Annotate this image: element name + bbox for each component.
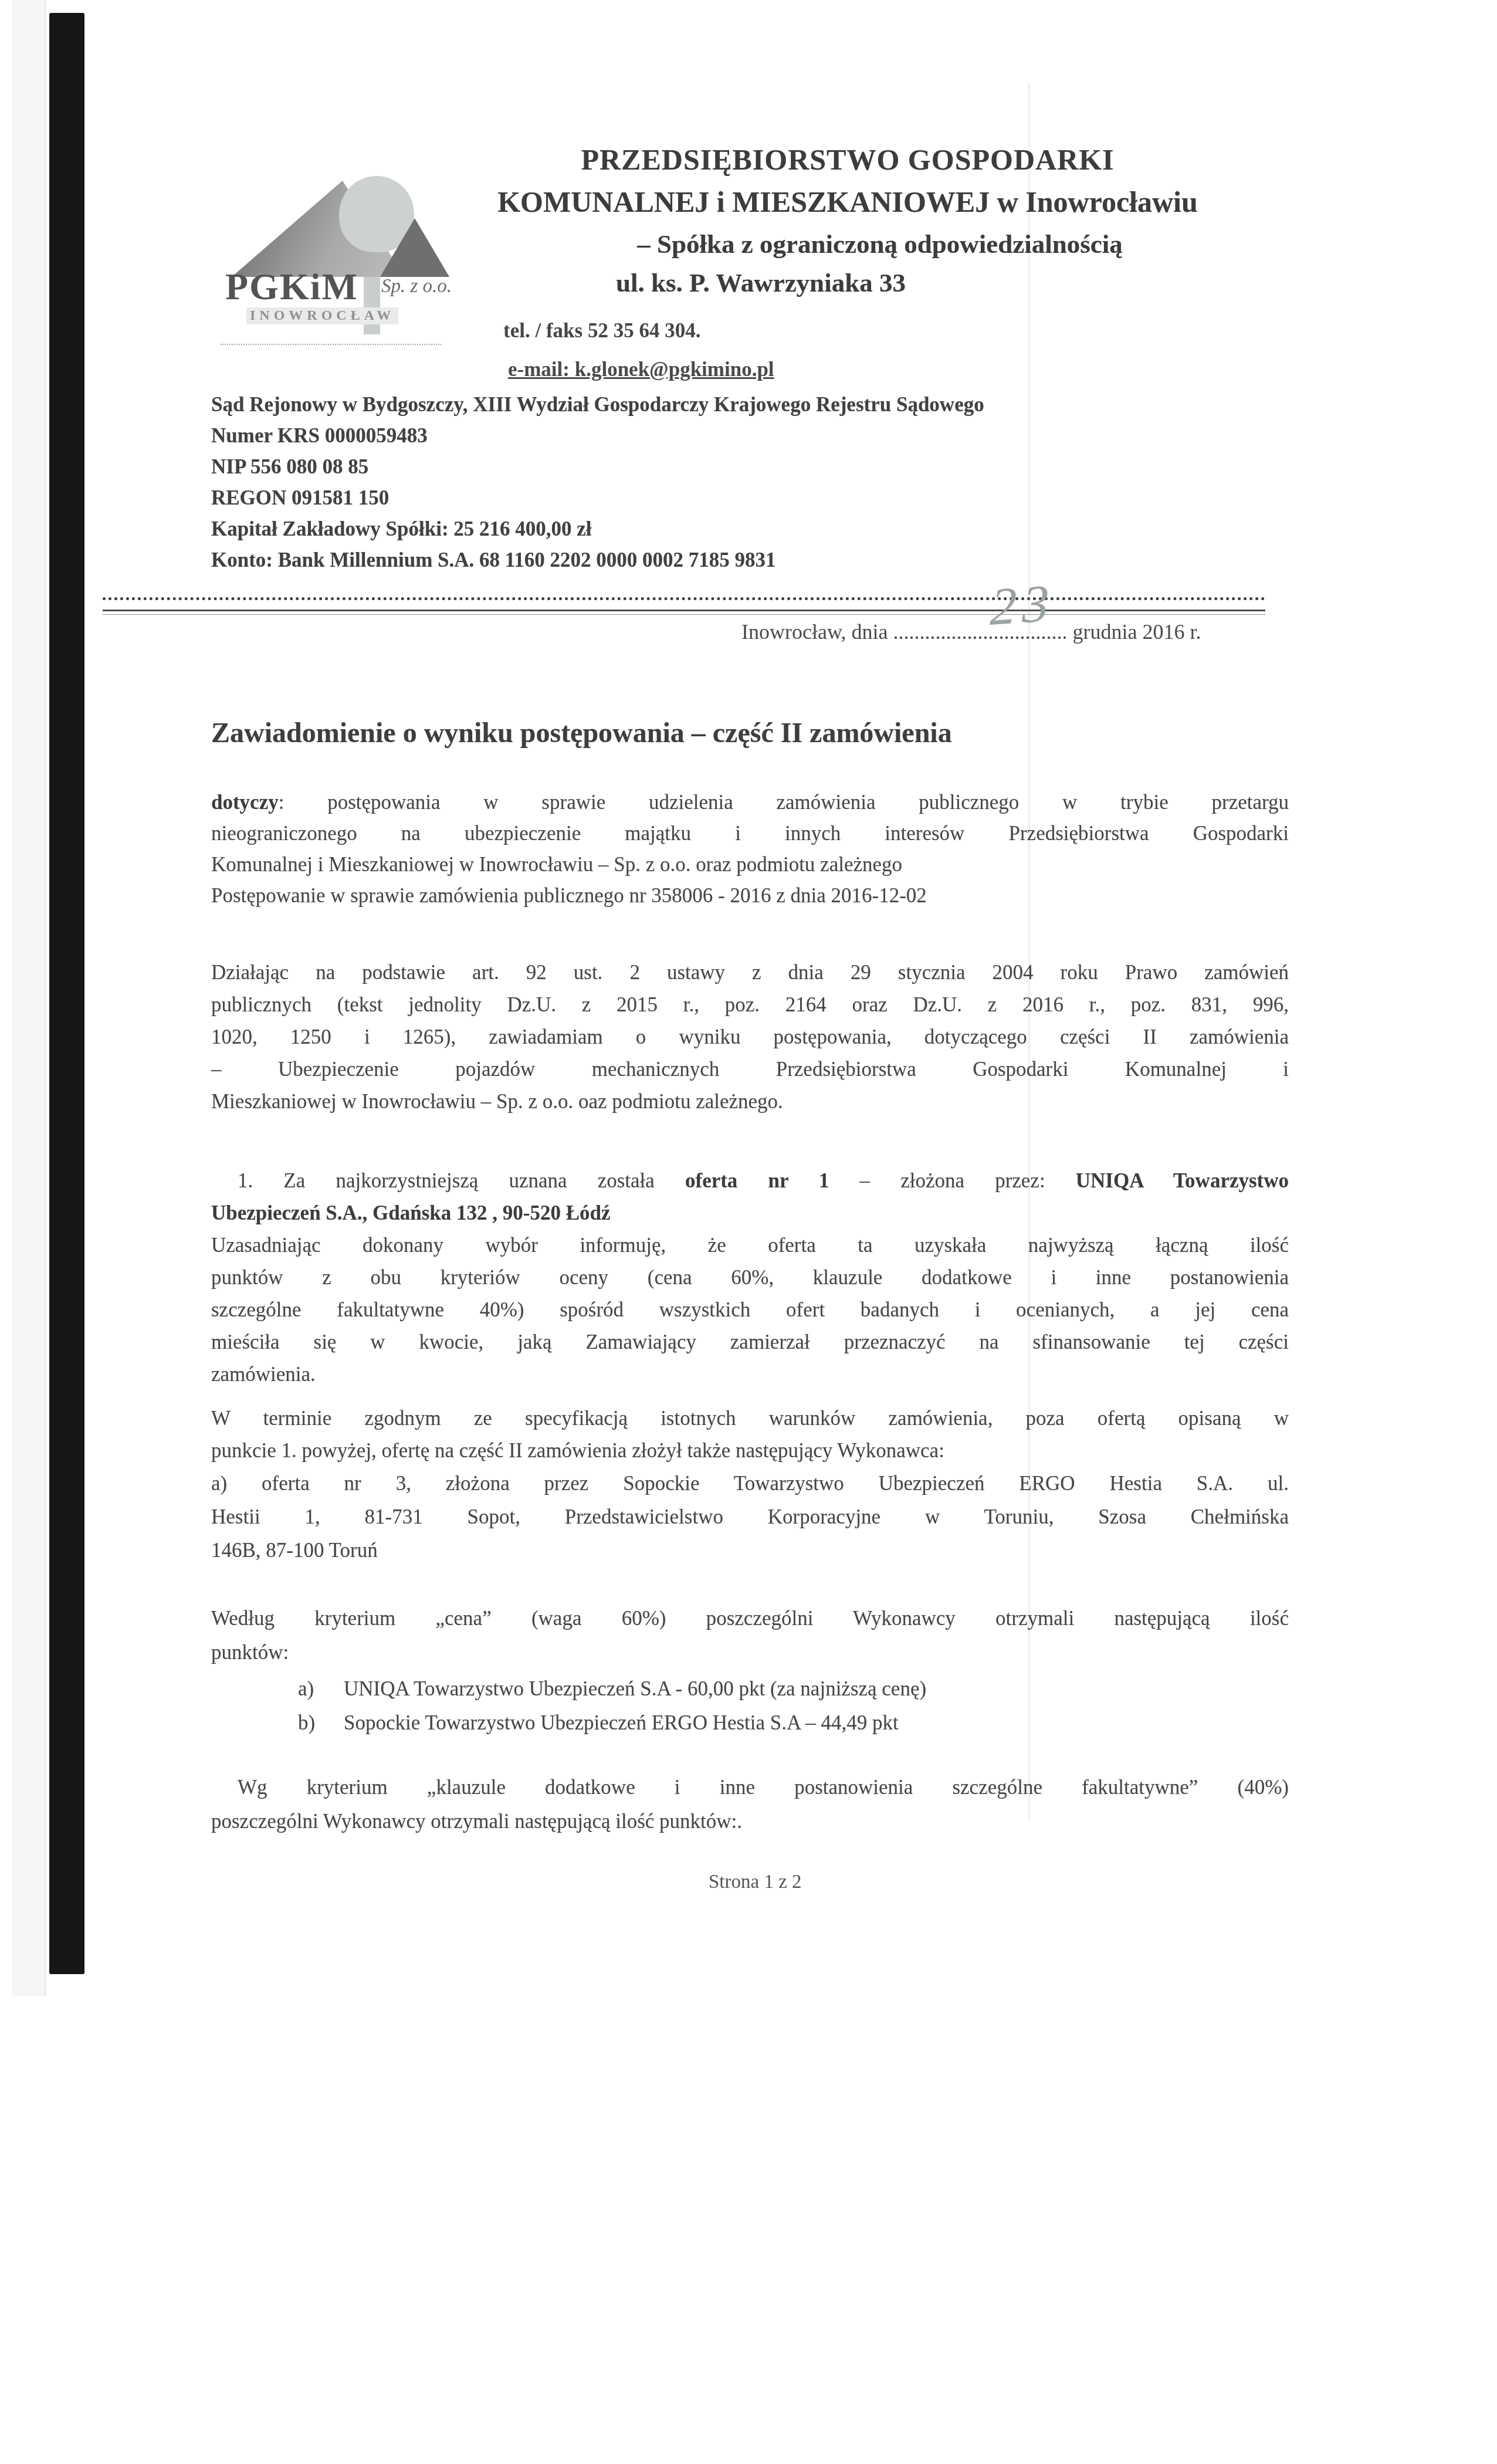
- text-segment: Hestii 1, 81-731 Sopot, Przedstawicielst…: [211, 1505, 1289, 1528]
- page-number: Strona 1 z 2: [709, 1871, 802, 1893]
- list-marker: a): [298, 1672, 344, 1706]
- emphasized-text: Ubezpieczeń S.A., Gdańska 132 , 90-520 Ł…: [211, 1201, 611, 1224]
- document-title: Zawiadomienie o wyniku postępowania – cz…: [211, 717, 952, 749]
- text-segment: Komunalnej i Mieszkaniowej w Inowrocławi…: [211, 853, 902, 876]
- text-segment: – Ubezpieczenie pojazdów mechanicznych P…: [211, 1058, 1289, 1081]
- text-segment: Postępowanie w sprawie zamówienia public…: [211, 884, 927, 907]
- dotted-separator: [103, 597, 1265, 600]
- text-segment: mieściła się w kwocie, jaką Zamawiający …: [211, 1331, 1289, 1353]
- date-line: Inowrocław, dnia .......................…: [741, 620, 1201, 644]
- date-suffix: grudnia 2016 r.: [1068, 620, 1201, 644]
- logo-underline: [221, 344, 441, 345]
- body-line: 146B, 87-100 Toruń: [211, 1534, 1289, 1567]
- body-line: b)Sopockie Towarzystwo Ubezpieczeń ERGO …: [298, 1706, 1248, 1740]
- text-segment: punkcie 1. powyżej, ofertę na część II z…: [211, 1439, 944, 1462]
- text-segment: : postępowania w sprawie udzielenia zamó…: [279, 791, 1289, 814]
- body-line: Działając na podstawie art. 92 ust. 2 us…: [211, 956, 1289, 989]
- body-line: Według kryterium „cena” (waga 60%) poszc…: [211, 1602, 1289, 1636]
- text-segment: W terminie zgodnym ze specyfikacją istot…: [211, 1407, 1289, 1430]
- body-line: – Ubezpieczenie pojazdów mechanicznych P…: [211, 1053, 1289, 1085]
- text-segment: Sopockie Towarzystwo Ubezpieczeń ERGO He…: [344, 1711, 899, 1734]
- text-segment: szczególne fakultatywne 40%) spośród wsz…: [211, 1298, 1289, 1321]
- body-line: Hestii 1, 81-731 Sopot, Przedstawicielst…: [211, 1500, 1289, 1534]
- share-capital: Kapitał Zakładowy Spółki: 25 216 400,00 …: [211, 517, 592, 541]
- emphasized-text: dotyczy: [211, 791, 279, 814]
- text-segment: punktów z obu kryteriów oceny (cena 60%,…: [211, 1266, 1289, 1289]
- company-legal-form: – Spółka z ograniczoną odpowiedzialności…: [455, 229, 1305, 259]
- body-line: publicznych (tekst jednolity Dz.U. z 201…: [211, 989, 1289, 1021]
- court-registry-line: Sąd Rejonowy w Bydgoszczy, XIII Wydział …: [211, 393, 984, 417]
- body-line: zamówienia.: [211, 1358, 1289, 1390]
- emphasized-text: oferta nr 1: [685, 1169, 829, 1192]
- body-line: szczególne fakultatywne 40%) spośród wsz…: [211, 1294, 1289, 1326]
- body-line: 1020, 1250 i 1265), zawiadamiam o wyniku…: [211, 1021, 1289, 1053]
- company-name-line2: KOMUNALNEJ i MIESZKANIOWEJ w Inowrocławi…: [422, 185, 1273, 219]
- scanned-document-page: PGKiM INOWROCŁAW Sp. z o.o. PRZEDSIĘBIOR…: [0, 0, 1497, 2464]
- item-najkorzystniejsza-oferta: 1. Za najkorzystniejszą uznana została o…: [211, 1165, 1289, 1229]
- body-line: nieograniczonego na ubezpieczenie majątk…: [211, 818, 1289, 849]
- paragraph-kryterium-klauzule: Wg kryterium „klauzule dodatkowe i inne …: [211, 1771, 1289, 1839]
- text-segment: 1. Za najkorzystniejszą uznana została: [238, 1169, 685, 1192]
- logo-city-label: INOWROCŁAW: [246, 307, 398, 324]
- body-line: poszczególni Wykonawcy otrzymali następu…: [211, 1805, 1289, 1839]
- text-segment: Uzasadniając dokonany wybór informuję, ż…: [211, 1234, 1289, 1257]
- list-marker: b): [298, 1706, 344, 1740]
- paragraph-w-terminie: W terminie zgodnym ze specyfikacją istot…: [211, 1402, 1289, 1467]
- nip-number: NIP 556 080 08 85: [211, 455, 368, 479]
- text-segment: a) oferta nr 3, złożona przez Sopockie T…: [211, 1472, 1289, 1495]
- body-line: a) oferta nr 3, złożona przez Sopockie T…: [211, 1467, 1289, 1500]
- body-line: punktów z obu kryteriów oceny (cena 60%,…: [211, 1261, 1289, 1294]
- paragraph-podstawa-prawna: Działając na podstawie art. 92 ust. 2 us…: [211, 956, 1289, 1118]
- regon-number: REGON 091581 150: [211, 486, 389, 510]
- body-line: punktów:: [211, 1636, 1289, 1670]
- body-line: Postępowanie w sprawie zamówienia public…: [211, 880, 1289, 911]
- body-line: Uzasadniając dokonany wybór informuję, ż…: [211, 1229, 1289, 1261]
- scan-edge-strip: [12, 0, 46, 1996]
- body-line: a)UNIQA Towarzystwo Ubezpieczeń S.A - 60…: [298, 1672, 1248, 1706]
- company-address: ul. ks. P. Wawrzyniaka 33: [336, 268, 1186, 298]
- body-line: Ubezpieczeń S.A., Gdańska 132 , 90-520 Ł…: [211, 1197, 1289, 1229]
- krs-number: Numer KRS 0000059483: [211, 424, 428, 448]
- text-segment: UNIQA Towarzystwo Ubezpieczeń S.A - 60,0…: [344, 1677, 926, 1700]
- text-segment: Wg kryterium „klauzule dodatkowe i inne …: [238, 1776, 1289, 1799]
- body-line: punkcie 1. powyżej, ofertę na część II z…: [211, 1434, 1289, 1467]
- paragraph-kryterium-cena: Według kryterium „cena” (waga 60%) poszc…: [211, 1602, 1289, 1670]
- text-segment: poszczególni Wykonawcy otrzymali następu…: [211, 1810, 742, 1833]
- paragraph-dotyczy: dotyczy: postępowania w sprawie udzielen…: [211, 787, 1289, 911]
- text-segment: – złożona przez:: [829, 1169, 1075, 1192]
- body-line: Wg kryterium „klauzule dodatkowe i inne …: [211, 1771, 1289, 1805]
- body-line: 1. Za najkorzystniejszą uznana została o…: [211, 1165, 1289, 1197]
- date-prefix: Inowrocław, dnia: [741, 620, 893, 644]
- list-punkty-cena: a)UNIQA Towarzystwo Ubezpieczeń S.A - 60…: [298, 1672, 1248, 1740]
- text-segment: nieograniczonego na ubezpieczenie majątk…: [211, 822, 1289, 845]
- scanner-edge-bar: [49, 13, 84, 1974]
- bank-account: Konto: Bank Millennium S.A. 68 1160 2202…: [211, 549, 776, 572]
- date-dots: .................................: [893, 620, 1068, 644]
- text-segment: 1020, 1250 i 1265), zawiadamiam o wyniku…: [211, 1025, 1289, 1048]
- text-segment: Mieszkaniowej w Inowrocławiu – Sp. z o.o…: [211, 1090, 783, 1113]
- body-line: dotyczy: postępowania w sprawie udzielen…: [211, 787, 1289, 818]
- paragraph-oferta-nr-3: a) oferta nr 3, złożona przez Sopockie T…: [211, 1467, 1289, 1567]
- phone-fax-line: tel. / faks 52 35 64 304.: [503, 319, 700, 343]
- paragraph-uzasadnienie: Uzasadniając dokonany wybór informuję, ż…: [211, 1229, 1289, 1390]
- solid-separator: [103, 610, 1265, 611]
- text-segment: zamówienia.: [211, 1363, 316, 1386]
- solid-separator-thin: [103, 614, 1265, 615]
- body-line: mieściła się w kwocie, jaką Zamawiający …: [211, 1326, 1289, 1358]
- text-segment: Według kryterium „cena” (waga 60%) poszc…: [211, 1607, 1289, 1630]
- body-line: Komunalnej i Mieszkaniowej w Inowrocławi…: [211, 849, 1289, 880]
- company-name-line1: PRZEDSIĘBIORSTWO GOSPODARKI: [422, 143, 1273, 177]
- text-segment: 146B, 87-100 Toruń: [211, 1539, 378, 1562]
- text-segment: publicznych (tekst jednolity Dz.U. z 201…: [211, 993, 1289, 1016]
- text-segment: Działając na podstawie art. 92 ust. 2 us…: [211, 961, 1289, 984]
- email-line: e-mail: k.glonek@pgkimino.pl: [508, 358, 774, 381]
- emphasized-text: UNIQA Towarzystwo: [1076, 1169, 1289, 1192]
- body-line: W terminie zgodnym ze specyfikacją istot…: [211, 1402, 1289, 1434]
- body-line: Mieszkaniowej w Inowrocławiu – Sp. z o.o…: [211, 1085, 1289, 1118]
- text-segment: punktów:: [211, 1641, 289, 1664]
